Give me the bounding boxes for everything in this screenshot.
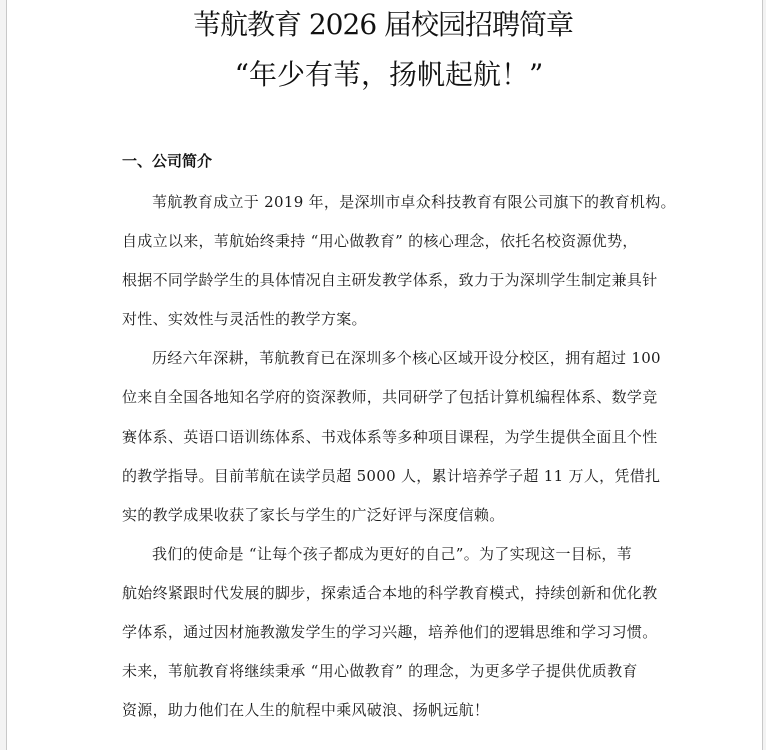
paragraph-line: 历经六年深耕，苇航教育已在深圳多个核心区域开设分校区，拥有超过 100 [122,346,667,385]
paragraph-line: 我们的使命是 “让每个孩子都成为更好的自己”。为了实现这一目标，苇 [122,542,667,581]
document-slogan: “年少有苇，扬帆起航！” [0,58,766,92]
paragraph-line: 赛体系、英语口语训练体系、书戏体系等多种项目课程，为学生提供全面且个性 [122,425,667,464]
paragraph-mission: 我们的使命是 “让每个孩子都成为更好的自己”。为了实现这一目标，苇 航始终紧跟时… [122,542,667,737]
paragraph-line: 资源，助力他们在人生的航程中乘风破浪、扬帆远航！ [122,698,667,737]
paragraph-line: 的教学指导。目前苇航在读学员超 5000 人，累计培养学子超 11 万人，凭借扎 [122,464,667,503]
page-right-edge [762,0,766,750]
paragraph-line: 学体系，通过因材施教激发学生的学习兴趣，培养他们的逻辑思维和学习习惯。 [122,620,667,659]
paragraph-line: 实的教学成果收获了家长与学生的广泛好评与深度信赖。 [122,503,667,542]
section-body-company-intro: 苇航教育成立于 2019 年，是深圳市卓众科技教育有限公司旗下的教育机构。 自成… [122,190,667,737]
paragraph-line: 位来自全国各地知名学府的资深教师，共同研学了包括计算机编程体系、数学竞 [122,385,667,424]
document-title: 苇航教育 2026 届校园招聘简章 [0,8,766,42]
section-heading-company-intro: 一、公司简介 [122,150,212,172]
paragraph-line: 航始终紧跟时代发展的脚步，探索适合本地的科学教育模式，持续创新和优化教 [122,581,667,620]
paragraph-line: 根据不同学龄学生的具体情况自主研发教学体系，致力于为深圳学生制定兼具针 [122,268,667,307]
paragraph-line: 未来，苇航教育将继续秉承 “用心做教育” 的理念，为更多学子提供优质教育 [122,659,667,698]
paragraph-development: 历经六年深耕，苇航教育已在深圳多个核心区域开设分校区，拥有超过 100 位来自全… [122,346,667,541]
paragraph-line: 自成立以来，苇航始终秉持 “用心做教育” 的核心理念，依托名校资源优势， [122,229,667,268]
paragraph-line: 对性、实效性与灵活性的教学方案。 [122,307,667,346]
page-left-edge [0,0,7,750]
paragraph-founding: 苇航教育成立于 2019 年，是深圳市卓众科技教育有限公司旗下的教育机构。 自成… [122,190,667,346]
paragraph-line: 苇航教育成立于 2019 年，是深圳市卓众科技教育有限公司旗下的教育机构。 [122,190,667,229]
